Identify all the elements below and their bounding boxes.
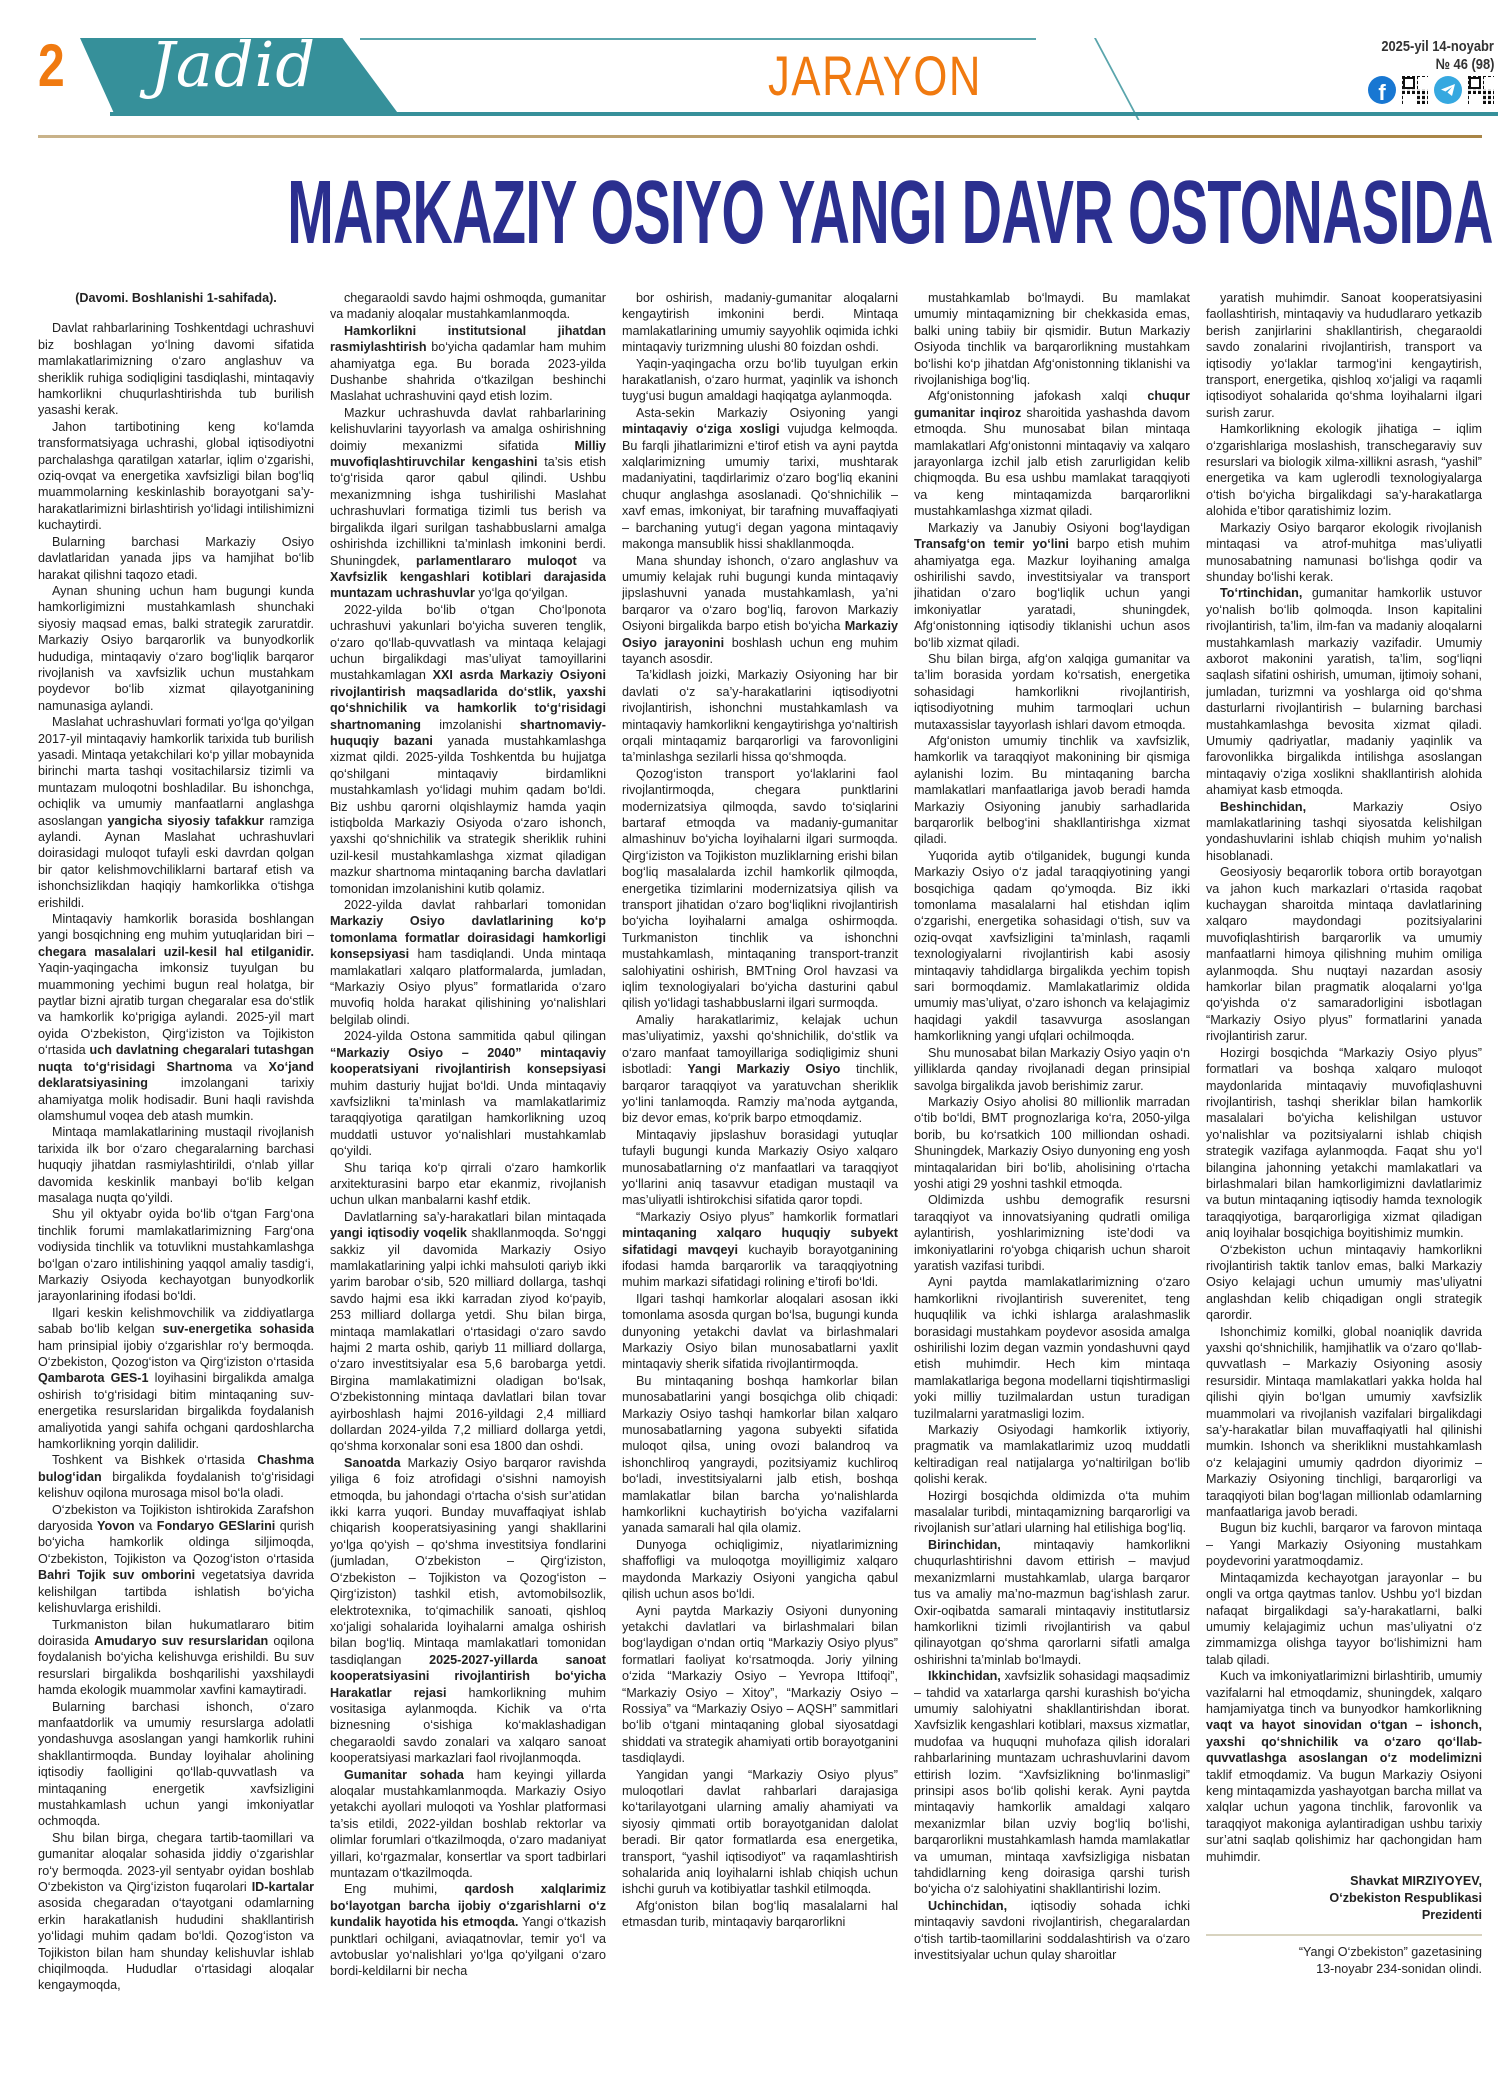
article-paragraph: Davlat rahbarlarining Toshkentdagi uchra… xyxy=(38,320,314,418)
article-paragraph: O‘zbekiston uchun mintaqaviy hamkorlikni… xyxy=(1206,1242,1482,1324)
article-paragraph: Yuqorida aytib o‘tilganidek, bugungi kun… xyxy=(914,848,1190,1045)
article-paragraph: Uchinchidan, iqtisodiy sohada ichki mint… xyxy=(914,1898,1190,1964)
masthead: 2 Jadid JARAYON 2025-yil 14-noyabr № 46 … xyxy=(0,0,1512,120)
article-paragraph: Davlatlarning sa’y-harakatlari bilan min… xyxy=(330,1209,606,1455)
facebook-icon[interactable]: f xyxy=(1368,76,1396,104)
telegram-icon[interactable] xyxy=(1434,76,1462,104)
article-paragraph: yaratish muhimdir. Sanoat kooperatsiyasi… xyxy=(1206,290,1482,421)
article-paragraph: Afg‘onistonning jafokash xalqi chuqur gu… xyxy=(914,388,1190,519)
article-paragraph: Hozirgi bosqichda “Markaziy Osiyo plyus”… xyxy=(1206,1045,1482,1242)
article-paragraph: To‘rtinchidan, gumanitar hamkorlik ustuv… xyxy=(1206,585,1482,798)
article-paragraph: Bugun biz kuchli, barqaror va farovon mi… xyxy=(1206,1520,1482,1569)
issue-number: № 46 (98) xyxy=(1435,56,1494,73)
article-paragraph: Dunyoga ochiqligimiz, niyatlarimizning s… xyxy=(622,1537,898,1603)
article-paragraph: Kuch va imkoniyatlarimizni birlashtirib,… xyxy=(1206,1668,1482,1865)
author-signature: Shavkat MIRZIYOYEV, O‘zbekiston Respubli… xyxy=(1206,1873,1482,1924)
article-paragraph: Ayni paytda mamlakatlarimizning o‘zaro h… xyxy=(914,1274,1190,1422)
article-paragraph: Mintaqa mamlakatlarining mustaqil rivojl… xyxy=(38,1124,314,1206)
header-rule-bottom xyxy=(110,112,1498,116)
article-paragraph: Shu yil oktyabr oyida bo‘lib o‘tgan Farg… xyxy=(38,1206,314,1304)
article-paragraph: Amaliy harakatlarimiz, kelajak uchun mas… xyxy=(622,1012,898,1127)
article-paragraph: Bularning barchasi Markaziy Osiyo davlat… xyxy=(38,534,314,583)
article-paragraph: Hozirgi bosqichda oldimizda o‘ta muhim m… xyxy=(914,1488,1190,1537)
source-line-2: 13-noyabr 234-sonidan olindi. xyxy=(1206,1961,1482,1978)
article-paragraph: Shu bilan birga, chegara tartib-taomilla… xyxy=(38,1830,314,1994)
article-paragraph: Bularning barchasi ishonch, o‘zaro manfa… xyxy=(38,1699,314,1830)
article-paragraph: Ayni paytda Markaziy Osiyoni dunyoning y… xyxy=(622,1603,898,1767)
author-name: Shavkat MIRZIYOYEV, xyxy=(1206,1873,1482,1890)
article-paragraph: Ilgari tashqi hamkorlar aloqalari asosan… xyxy=(622,1291,898,1373)
article-paragraph: Ishonchimiz komilki, global noaniqlik da… xyxy=(1206,1324,1482,1521)
article-paragraph: Aynan shuning uchun ham bugungi kunda ha… xyxy=(38,583,314,714)
article-paragraph: Afg‘oniston bilan bog‘liq masalalarni ha… xyxy=(622,1898,898,1931)
article-paragraph: Geosiyosiy beqarorlik tobora ortib boray… xyxy=(1206,864,1482,1044)
article-paragraph: Gumanitar sohada ham keyingi yillarda al… xyxy=(330,1767,606,1882)
article-paragraph: 2022-yilda davlat rahbarlari tomonidan M… xyxy=(330,897,606,1028)
column-paragraphs: chegaraoldi savdo hajmi oshmoqda, gumani… xyxy=(330,290,606,1980)
author-title-2: Prezidenti xyxy=(1206,1907,1482,1924)
article-paragraph: Afg‘oniston umumiy tinchlik va xavfsizli… xyxy=(914,733,1190,848)
article-paragraph: Mintaqamizda kechayotgan jarayonlar – bu… xyxy=(1206,1570,1482,1668)
article-paragraph: Ta’kidlash joizki, Markaziy Osiyoning ha… xyxy=(622,667,898,765)
article-column-4: mustahkamlab bo‘lmaydi. Bu mamlakat umum… xyxy=(914,290,1190,2050)
column-paragraphs: mustahkamlab bo‘lmaydi. Bu mamlakat umum… xyxy=(914,290,1190,1963)
article-body: (Davomi. Boshlanishi 1-sahifada). Davlat… xyxy=(38,290,1482,2050)
article-paragraph: chegaraoldi savdo hajmi oshmoqda, gumani… xyxy=(330,290,606,323)
article-headline: MARKAZIY OSIYO YANGI DAVR OSTONASIDA xyxy=(287,168,1224,258)
article-paragraph: Hamkorlikni institutsional jihatdan rasm… xyxy=(330,323,606,405)
qr-code-icon xyxy=(1402,76,1428,104)
article-paragraph: Sanoatda Markaziy Osiyo barqaror ravishd… xyxy=(330,1455,606,1767)
article-paragraph: Qozog‘iston transport yo‘laklarini faol … xyxy=(622,766,898,1012)
article-paragraph: Mintaqaviy jipslashuv borasidagi yutuqla… xyxy=(622,1127,898,1209)
article-paragraph: Mazkur uchrashuvda davlat rahbarlarining… xyxy=(330,405,606,602)
page-number: 2 xyxy=(38,36,65,96)
article-column-3: bor oshirish, madaniy-gumanitar aloqalar… xyxy=(622,290,898,2050)
article-paragraph: bor oshirish, madaniy-gumanitar aloqalar… xyxy=(622,290,898,356)
column-paragraphs: yaratish muhimdir. Sanoat kooperatsiyasi… xyxy=(1206,290,1482,1865)
column-paragraphs: bor oshirish, madaniy-gumanitar aloqalar… xyxy=(622,290,898,1931)
qr-code-icon xyxy=(1468,76,1494,104)
article-paragraph: Ilgari keskin kelishmovchilik va ziddiya… xyxy=(38,1305,314,1453)
signature-divider xyxy=(1206,1934,1482,1936)
article-paragraph: Maslahat uchrashuvlari formati yo‘lga qo… xyxy=(38,714,314,911)
article-paragraph: Yaqin-yaqingacha orzu bo‘lib tuyulgan er… xyxy=(622,356,898,405)
article-paragraph: Shu bilan birga, afg‘on xalqiga gumanita… xyxy=(914,651,1190,733)
article-paragraph: Eng muhimi, qardosh xalqlarimiz bo‘layot… xyxy=(330,1881,606,1979)
article-paragraph: Markaziy Osiyo barqaror ekologik rivojla… xyxy=(1206,520,1482,586)
article-paragraph: Yangidan yangi “Markaziy Osiyo plyus” mu… xyxy=(622,1767,898,1898)
article-lead: (Davomi. Boshlanishi 1-sahifada). xyxy=(38,290,314,306)
article-paragraph: Markaziy va Janubiy Osiyoni bog‘laydigan… xyxy=(914,520,1190,651)
article-paragraph: 2024-yilda Ostona sammitida qabul qiling… xyxy=(330,1028,606,1159)
article-paragraph: “Markaziy Osiyo plyus” hamkorlik formatl… xyxy=(622,1209,898,1291)
article-paragraph: Ikkinchidan, xavfsizlik sohasidagi maqsa… xyxy=(914,1668,1190,1898)
issue-date: 2025-yil 14-noyabr xyxy=(1381,38,1494,55)
header-rule-diagonal xyxy=(1094,38,1140,120)
article-paragraph: Beshinchidan, Markaziy Osiyo mamlakatlar… xyxy=(1206,799,1482,865)
article-paragraph: Birinchidan, mintaqaviy hamkorlikni chuq… xyxy=(914,1537,1190,1668)
article-paragraph: Mintaqaviy hamkorlik borasida boshlangan… xyxy=(38,911,314,1124)
social-links: f xyxy=(1368,76,1494,104)
article-paragraph: Shu tariqa ko‘p qirrali o‘zaro hamkorlik… xyxy=(330,1160,606,1209)
section-title: JARAYON xyxy=(768,48,982,104)
article-paragraph: Markaziy Osiyodagi hamkorlik ixtiyoriy, … xyxy=(914,1422,1190,1488)
source-line-1: “Yangi O‘zbekiston” gazetasining xyxy=(1206,1944,1482,1961)
source-note: “Yangi O‘zbekiston” gazetasining 13-noya… xyxy=(1206,1944,1482,1978)
article-paragraph: mustahkamlab bo‘lmaydi. Bu mamlakat umum… xyxy=(914,290,1190,388)
article-paragraph: Hamkorlikning ekologik jihatiga – iqlim … xyxy=(1206,421,1482,519)
article-column-2: chegaraoldi savdo hajmi oshmoqda, gumani… xyxy=(330,290,606,2050)
article-paragraph: Toshkent va Bishkek o‘rtasida Chashma bu… xyxy=(38,1452,314,1501)
article-paragraph: O‘zbekiston va Tojikiston ishtirokida Za… xyxy=(38,1502,314,1617)
article-paragraph: Turkmaniston bilan hukumatlararo bitim d… xyxy=(38,1617,314,1699)
article-paragraph: Asta-sekin Markaziy Osiyoning yangi mint… xyxy=(622,405,898,553)
article-paragraph: Bu mintaqaning boshqa hamkorlar bilan mu… xyxy=(622,1373,898,1537)
article-paragraph: Shu munosabat bilan Markaziy Osiyo yaqin… xyxy=(914,1045,1190,1094)
brand-logo: Jadid xyxy=(150,34,316,96)
article-paragraph: Mana shunday ishonch, o‘zaro anglashuv v… xyxy=(622,553,898,668)
headline-divider xyxy=(38,135,1482,138)
article-column-5: yaratish muhimdir. Sanoat kooperatsiyasi… xyxy=(1206,290,1482,2050)
article-paragraph: 2022-yilda bo‘lib o‘tgan Cho‘lponota uch… xyxy=(330,602,606,897)
article-column-1: (Davomi. Boshlanishi 1-sahifada). Davlat… xyxy=(38,290,314,2050)
article-paragraph: Oldimizda ushbu demografik resursni tara… xyxy=(914,1192,1190,1274)
column-paragraphs: Davlat rahbarlarining Toshkentdagi uchra… xyxy=(38,320,314,1993)
author-title-1: O‘zbekiston Respublikasi xyxy=(1206,1890,1482,1907)
header-rule-top xyxy=(360,38,1036,40)
article-paragraph: Jahon tartibotining keng ko‘lamda transf… xyxy=(38,419,314,534)
article-paragraph: Markaziy Osiyo aholisi 80 millionlik mar… xyxy=(914,1094,1190,1192)
